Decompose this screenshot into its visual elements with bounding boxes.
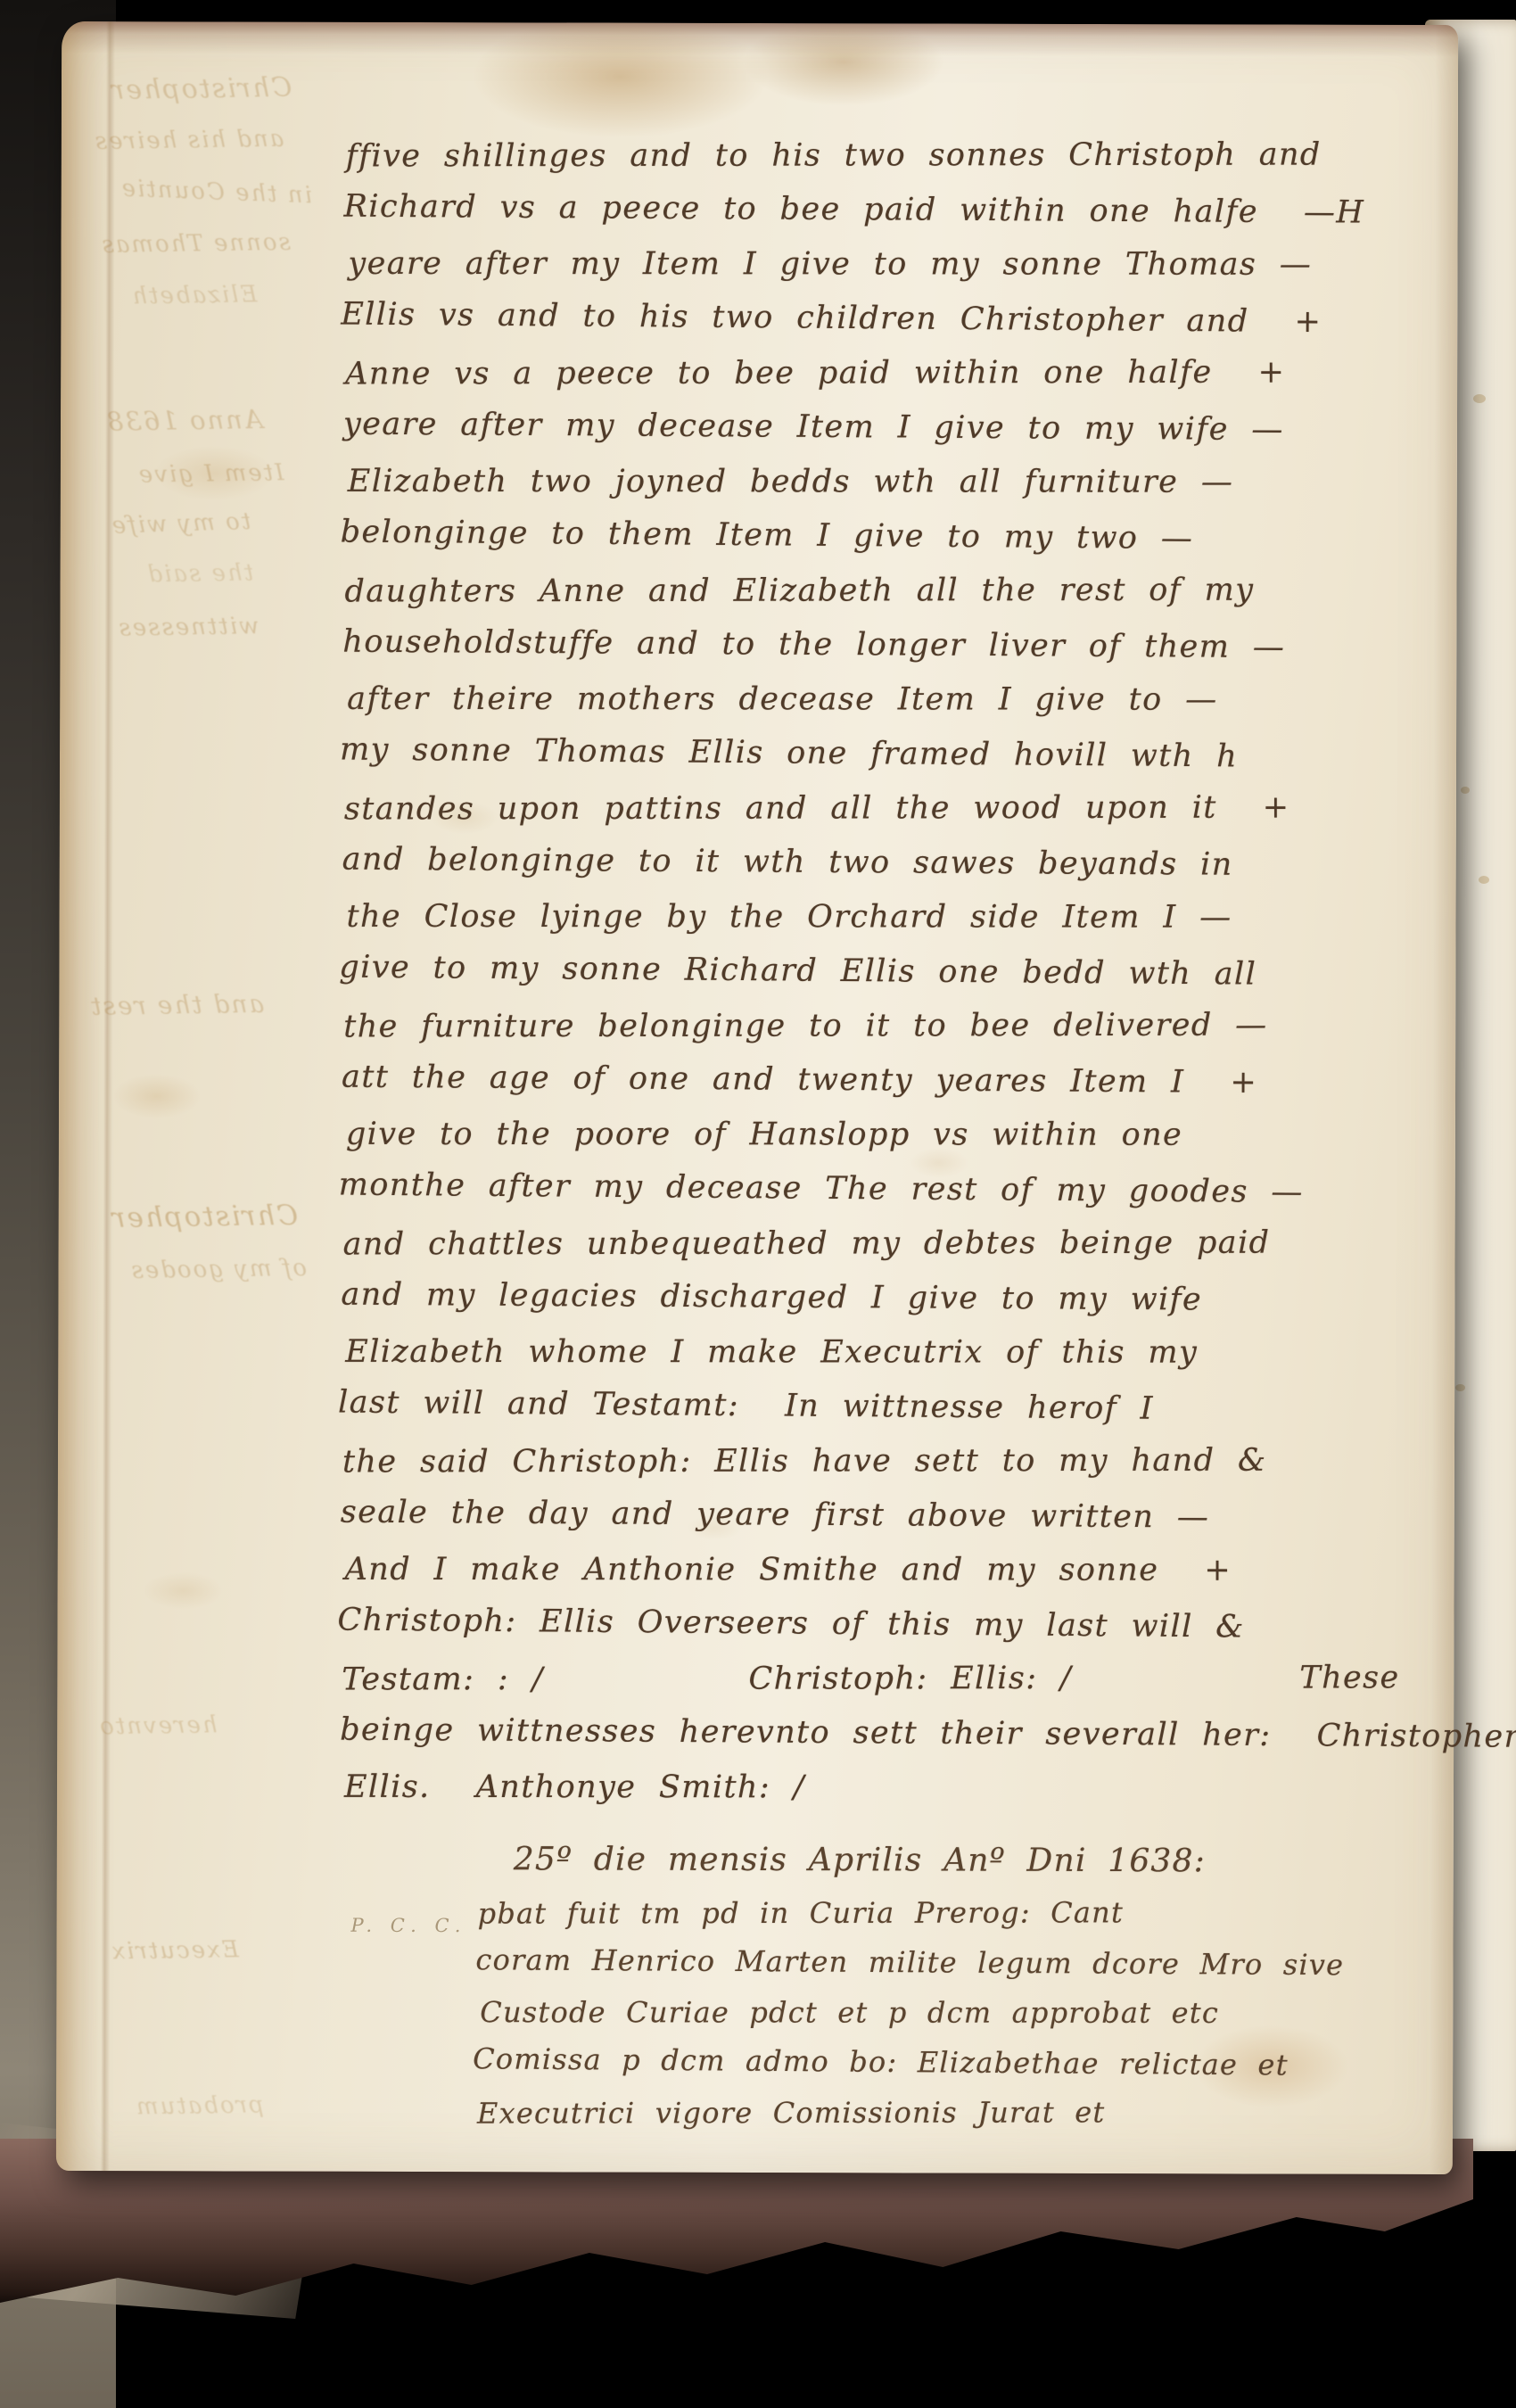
fox-spot <box>1473 394 1486 403</box>
manuscript-line: and belonginge to it wth two sawes beyan… <box>342 833 1439 895</box>
manuscript-line: monthe after my decease The rest of my g… <box>339 1159 1436 1222</box>
manuscript-line: and my legacies discharged I give to my … <box>341 1268 1438 1330</box>
probate-date-line: 25º die mensis Aprilis Anº Dni 1638: <box>476 1835 1457 1889</box>
showthrough-text: probatum <box>135 2091 264 2120</box>
manuscript-line: Anne vs a peece to bee paid within one h… <box>345 345 1442 401</box>
manuscript-line: And I make Anthonie Smithe and my sonne … <box>345 1543 1442 1598</box>
probate-clause: 25º die mensis Aprilis Anº Dni 1638: pba… <box>475 1835 1457 2139</box>
fox-spot <box>1461 787 1470 794</box>
showthrough-text: and his heires <box>94 126 284 155</box>
showthrough-text: Christopher <box>110 72 292 106</box>
showthrough-text: wittnesses <box>117 613 259 641</box>
manuscript-line: ffive shillinges and to his two sonnes C… <box>346 128 1443 184</box>
manuscript-line: my sonne Thomas Ellis one framed hovill … <box>340 723 1437 787</box>
manuscript-line: belonginge to them Item I give to my two… <box>340 506 1437 569</box>
pcc-margin-note: P. C. C. <box>351 1915 467 1936</box>
manuscript-line: Richard vs a peece to bee paid within on… <box>343 180 1440 242</box>
manuscript-line: yeare after my Item I give to my sonne T… <box>348 237 1445 293</box>
manuscript-line: the said Christoph: Ellis have sett to m… <box>342 1433 1439 1489</box>
manuscript-line: the furniture belonginge to it to bee de… <box>343 998 1440 1054</box>
manuscript-line: standes upon pattins and all the wood up… <box>344 780 1441 837</box>
probate-line: Comissa p dcm admo bo: Elizabethae relic… <box>473 2033 1454 2091</box>
probate-line: pbat fuit tm pd in Curia Prerog: Cant <box>478 1887 1459 1939</box>
manuscript-line: after theire mothers decease Item I give… <box>347 672 1444 728</box>
showthrough-text: and the rest <box>89 989 264 1021</box>
showthrough-text: of my goodes <box>129 1255 307 1284</box>
showthrough-text: herevnto <box>98 1711 218 1740</box>
manuscript-line: yeare after my decease Item I give to my… <box>343 398 1440 459</box>
showthrough-text: to my wife <box>110 508 251 540</box>
manuscript-line: give to my sonne Richard Ellis one bedd … <box>339 941 1436 1004</box>
probate-line: Custode Curiae pdct et p dcm approbat et… <box>480 1987 1461 2038</box>
manuscript-line: beinge wittnesses herevnto sett their se… <box>340 1703 1437 1765</box>
showthrough-text: Elizabeth <box>130 281 257 309</box>
manuscript-line: give to the poore of Hanslopp vs within … <box>346 1108 1443 1163</box>
probate-line: Executrici vigore Comissionis Jurat et <box>477 2087 1458 2139</box>
showthrough-text: Executrix <box>110 1936 239 1965</box>
manuscript-line: Ellis. Anthonye Smith: / <box>344 1761 1441 1816</box>
showthrough-text: Christopher <box>110 1200 298 1234</box>
manuscript-line: seale the day and yeare first above writ… <box>341 1486 1438 1547</box>
manuscript-line: Christoph: Ellis Overseers of this my la… <box>337 1594 1434 1657</box>
manuscript-line: householdstuffe and to the longer liver … <box>342 615 1439 677</box>
fox-spot <box>1479 876 1489 884</box>
fox-spot <box>1455 1384 1465 1391</box>
showthrough-text: in the Countie <box>119 175 312 209</box>
manuscript-line: last will and Testamt: In wittnesse hero… <box>338 1376 1435 1439</box>
showthrough-text: the said <box>145 559 253 588</box>
showthrough-text: Anno 1638 <box>105 404 263 437</box>
will-text: ffive shillinges and to his two sonnes C… <box>340 128 1441 1817</box>
manuscript-line: daughters Anne and Elizabeth all the res… <box>344 563 1441 619</box>
manuscript-line: and chattles unbequeathed my debtes bein… <box>343 1216 1440 1272</box>
manuscript-line: Testam: : / Christoph: Ellis: / These <box>342 1651 1438 1707</box>
manuscript-line: the Close lyinge by the Orchard side Ite… <box>347 890 1444 945</box>
manuscript-line: Elizabeth whome I make Executrix of this… <box>345 1325 1442 1381</box>
photographed-manuscript: Christopherand his heiresin the Counties… <box>0 0 1516 2408</box>
probate-lines: pbat fuit tm pd in Curia Prerog: Cantcor… <box>475 1886 1457 2139</box>
showthrough-text: sonne Thomas <box>100 229 291 259</box>
manuscript-page: Christopherand his heiresin the Counties… <box>56 21 1458 2174</box>
probate-line: coram Henrico Marten milite legum dcore … <box>475 1934 1456 1991</box>
manuscript-line: att the age of one and twenty yeares Ite… <box>342 1051 1438 1112</box>
showthrough-text: Item I give <box>137 459 284 488</box>
manuscript-line: Ellis vs and to his two children Christo… <box>341 288 1438 351</box>
manuscript-line: Elizabeth two joyned bedds wth all furni… <box>348 455 1445 510</box>
